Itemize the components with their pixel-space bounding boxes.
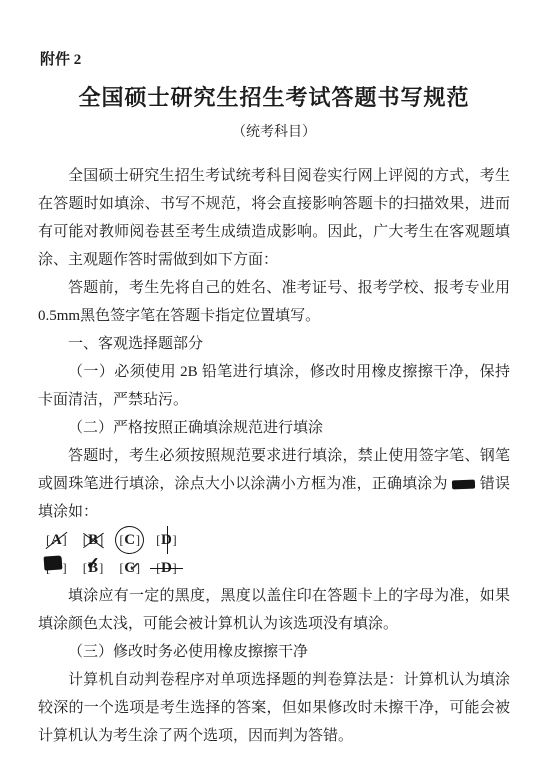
paragraph-blackness: 填涂应有一定的黑度，黑度以盖住印在答题卡上的字母为准，如果填涂颜色太浅，可能会被… [38, 582, 510, 638]
wrong-fill-example-cross: [B] [83, 526, 104, 554]
document-title: 全国硕士研究生招生考试答题书写规范 [38, 84, 510, 112]
section-heading-objective: 一、客观选择题部分 [38, 330, 510, 358]
paragraph-item3: 计算机自动判卷程序对单项选择题的判卷算法是：计算机认为填涂较深的一个选项是考生选… [38, 666, 510, 750]
document-body: 全国硕士研究生招生考试统考科目阅卷实行网上评阅的方式，考生在答题时如填涂、书写不… [38, 162, 510, 750]
correct-fill-mark [451, 480, 474, 490]
heading-item2: （二）严格按照正确填涂规范进行填涂 [38, 414, 510, 442]
wrong-fill-example-check: [B] [83, 554, 104, 582]
wrong-fill-example-slash: [A] [46, 526, 67, 554]
wrong-fill-example-smudge: [] [46, 554, 67, 582]
wrong-fill-example-hline: [D] [156, 554, 177, 582]
attachment-label: 附件 2 [40, 50, 510, 70]
document-page: 附件 2 全国硕士研究生招生考试答题书写规范 （统考科目） 全国硕士研究生招生考… [0, 0, 548, 782]
document-subtitle: （统考科目） [38, 122, 510, 144]
paragraph-intro: 全国硕士研究生招生考试统考科目阅卷实行网上评阅的方式，考生在答题时如填涂、书写不… [38, 162, 510, 274]
item2-text-before: 答题时，考生必须按照规范要求进行填涂，禁止使用签字笔、钢笔或圆珠笔进行填涂，涂点… [38, 448, 510, 492]
wrong-fill-row-2: [][B][C][D] [38, 554, 510, 582]
heading-item3: （三）修改时务必使用橡皮擦擦干净 [38, 638, 510, 666]
wrong-fill-example-vline: [D] [156, 526, 177, 554]
paragraph-item2: 答题时，考生必须按照规范要求进行填涂，禁止使用签字笔、钢笔或圆珠笔进行填涂，涂点… [38, 442, 510, 526]
wrong-fill-row-1: [A][B][C][D] [38, 526, 510, 554]
wrong-fill-example-tick: [C] [119, 554, 140, 582]
wrong-fill-example-circle: [C] [119, 526, 140, 554]
paragraph-before-answer: 答题前，考生先将自己的姓名、准考证号、报考学校、报考专业用 0.5mm黑色签字笔… [38, 274, 510, 330]
paragraph-item1: （一）必须使用 2B 铅笔进行填涂，修改时用橡皮擦擦干净，保持卡面清洁，严禁玷污… [38, 358, 510, 414]
